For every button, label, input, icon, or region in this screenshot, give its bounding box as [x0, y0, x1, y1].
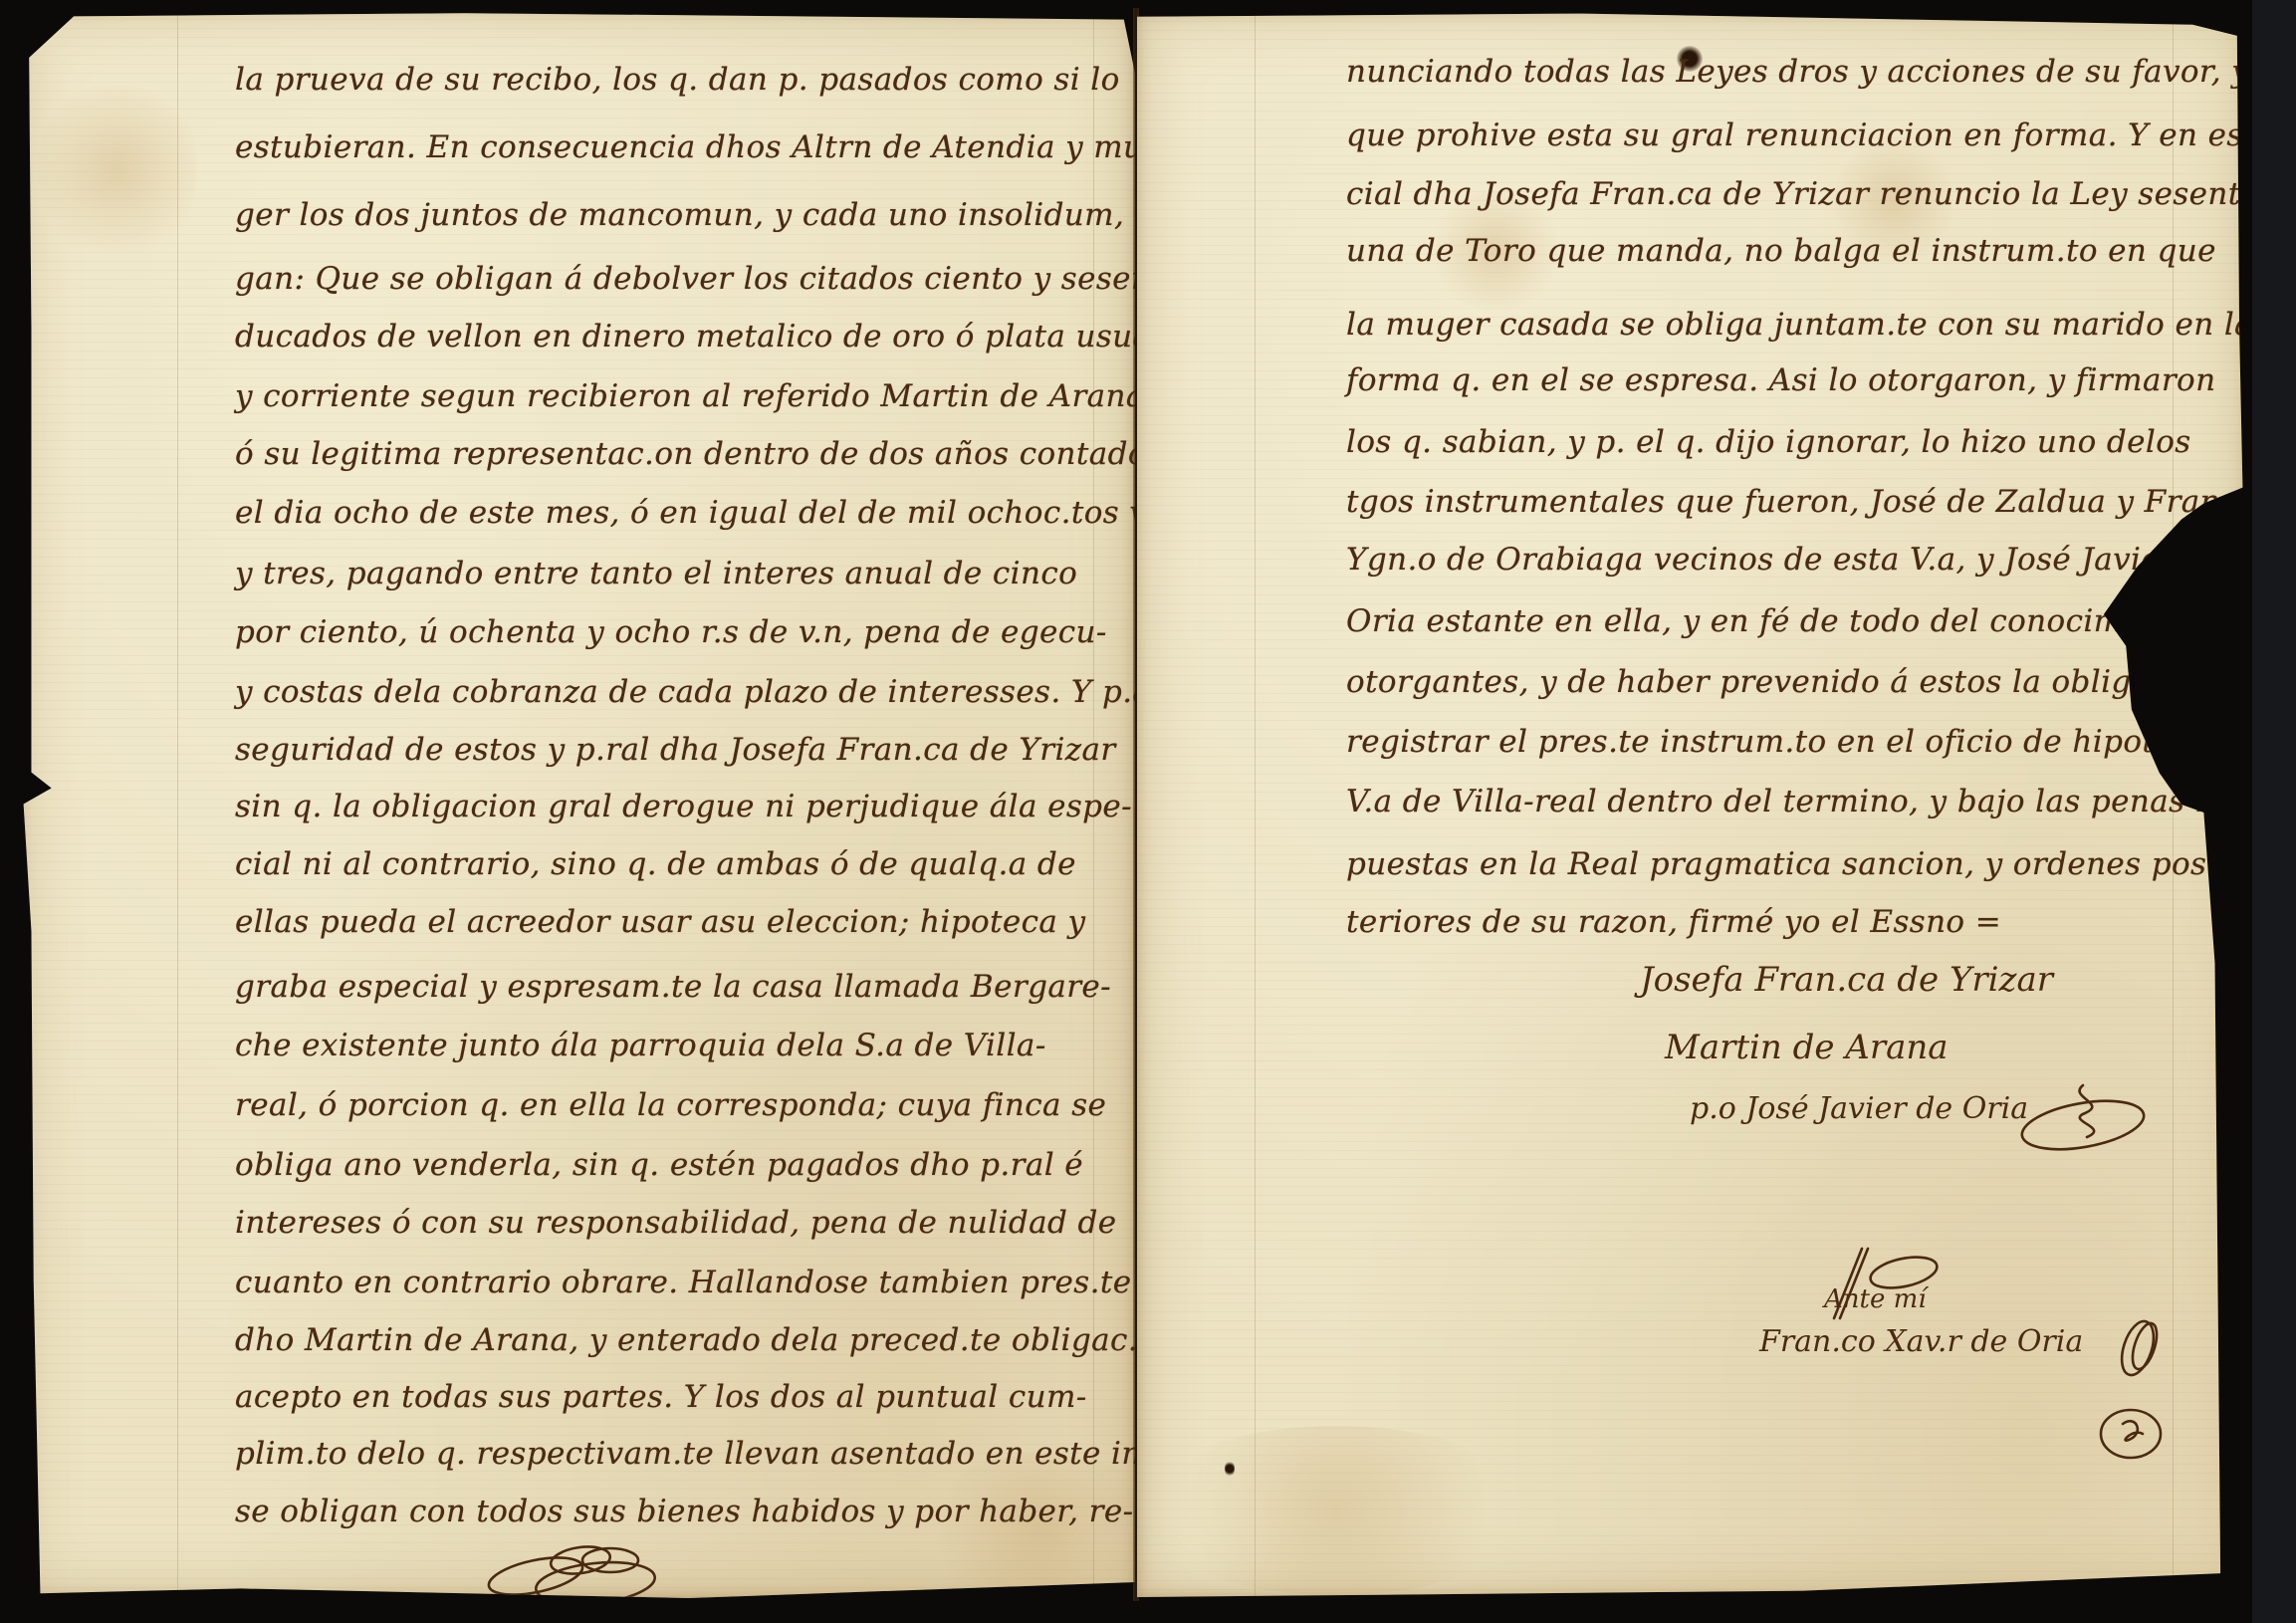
manuscript-line: seguridad de estos y p.ral dha Josefa Fr…: [235, 732, 1116, 768]
manuscript-line: ó su legitima representac.on dentro de d…: [235, 436, 1135, 472]
manuscript-line: Oria estante en ella, y en fé de todo de…: [1346, 603, 2248, 639]
manuscript-line: Ygn.o de Orabiaga vecinos de esta V.a, y…: [1346, 542, 2224, 578]
manuscript-line: graba especial y espresam.te la casa lla…: [235, 969, 1111, 1005]
manuscript-line: sin q. la obligacion gral derogue ni per…: [235, 789, 1132, 824]
dark-side-rail: [2252, 0, 2296, 1623]
signature-martin-arana: Martin de Arana: [1665, 1028, 1949, 1067]
manuscript-line: una de Toro que manda, no balga el instr…: [1346, 233, 2216, 269]
paper-fold-line: [177, 10, 178, 1598]
manuscript-line: ducados de vellon en dinero metalico de …: [235, 319, 1135, 354]
notary-signature: Fran.co Xav.r de Oria: [1759, 1324, 2083, 1359]
manuscript-line: forma q. en el se espresa. Asi lo otorga…: [1346, 362, 2215, 398]
paper-stain: [1137, 1426, 1535, 1595]
manuscript-line: otorgantes, y de haber prevenido á estos…: [1346, 664, 2248, 700]
manuscript-line: la prueva de su recibo, los q. dan p. pa…: [235, 62, 1120, 98]
manuscript-line: dho Martin de Arana, y enterado dela pre…: [235, 1322, 1135, 1358]
paper-fold-line: [1255, 12, 1256, 1597]
manuscript-line: tgos instrumentales que fueron, José de …: [1346, 484, 2248, 520]
manuscript-line: intereses ó con su responsabilidad, pena…: [235, 1205, 1116, 1241]
manuscript-line: y costas dela cobranza de cada plazo de …: [235, 674, 1135, 710]
manuscript-line: plim.to delo q. respectivam.te llevan as…: [235, 1436, 1135, 1472]
manuscript-line: que prohive esta su gral renunciacion en…: [1346, 117, 2248, 153]
manuscript-line: ger los dos juntos de mancomun, y cada u…: [235, 197, 1135, 233]
manuscript-line: acepto en todas sus partes. Y los dos al…: [235, 1379, 1087, 1415]
manuscript-line: estubieran. En consecuencia dhos Altrn d…: [235, 129, 1135, 165]
left-page-text: la prueva de su recibo, los q. dan p. pa…: [235, 10, 1111, 1563]
ink-mark: [1225, 1461, 1235, 1477]
signature-jose-javier-oria: p.o José Javier de Oria: [1690, 1091, 2028, 1126]
manuscript-line: el dia ocho de este mes, ó en igual del …: [235, 495, 1135, 531]
notary-rubric-icon: [2093, 1316, 2182, 1466]
manuscript-line: cial dha Josefa Fran.ca de Yrizar renunc…: [1346, 176, 2248, 212]
manuscript-line: se obligan con todos sus bienes habidos …: [235, 1494, 1133, 1529]
manuscript-line: cial ni al contrario, sino q. de ambas ó…: [235, 846, 1076, 882]
manuscript-line: y tres, pagando entre tanto el interes a…: [235, 556, 1077, 591]
manuscript-line: registrar el pres.te instrum.to en el of…: [1346, 724, 2248, 760]
signature-josefa-yrizar: Josefa Fran.ca de Yrizar: [1640, 960, 2053, 1000]
manuscript-line: nunciando todas las Leyes dros y accione…: [1346, 54, 2248, 90]
manuscript-line: los q. sabian, y p. el q. dijo ignorar, …: [1346, 424, 2191, 460]
manuscript-line: teriores de su razon, firmé yo el Essno …: [1346, 904, 2001, 940]
manuscript-line: cuanto en contrario obrare. Hallandose t…: [235, 1265, 1131, 1300]
manuscript-line: gan: Que se obligan á debolver los citad…: [235, 261, 1135, 297]
signature-rubric-icon: [2013, 1077, 2153, 1157]
left-manuscript-page: la prueva de su recibo, los q. dan p. pa…: [18, 10, 1135, 1598]
manuscript-line: che existente junto ála parroquia dela S…: [235, 1028, 1046, 1063]
manuscript-line: real, ó porcion q. en ella la correspond…: [235, 1087, 1106, 1123]
paper-stain: [38, 70, 197, 269]
right-page-text: nunciando todas las Leyes dros y accione…: [1346, 12, 2222, 1008]
manuscript-line: ellas pueda el acreedor usar asu eleccio…: [235, 904, 1085, 940]
manuscript-line: por ciento, ú ochenta y ocho r.s de v.n,…: [235, 614, 1107, 650]
manuscript-line: y corriente segun recibieron al referido…: [235, 378, 1135, 414]
right-manuscript-page: nunciando todas las Leyes dros y accione…: [1137, 12, 2248, 1597]
notary-ante-mi: Ante mí: [1824, 1284, 1927, 1314]
manuscript-line: la muger casada se obliga juntam.te con …: [1346, 307, 2248, 343]
manuscript-line: obliga ano venderla, sin q. estén pagado…: [235, 1147, 1083, 1183]
manuscript-line: V.a de Villa-real dentro del termino, y …: [1346, 784, 2246, 819]
manuscript-line: puestas en la Real pragmatica sancion, y…: [1346, 846, 2217, 882]
